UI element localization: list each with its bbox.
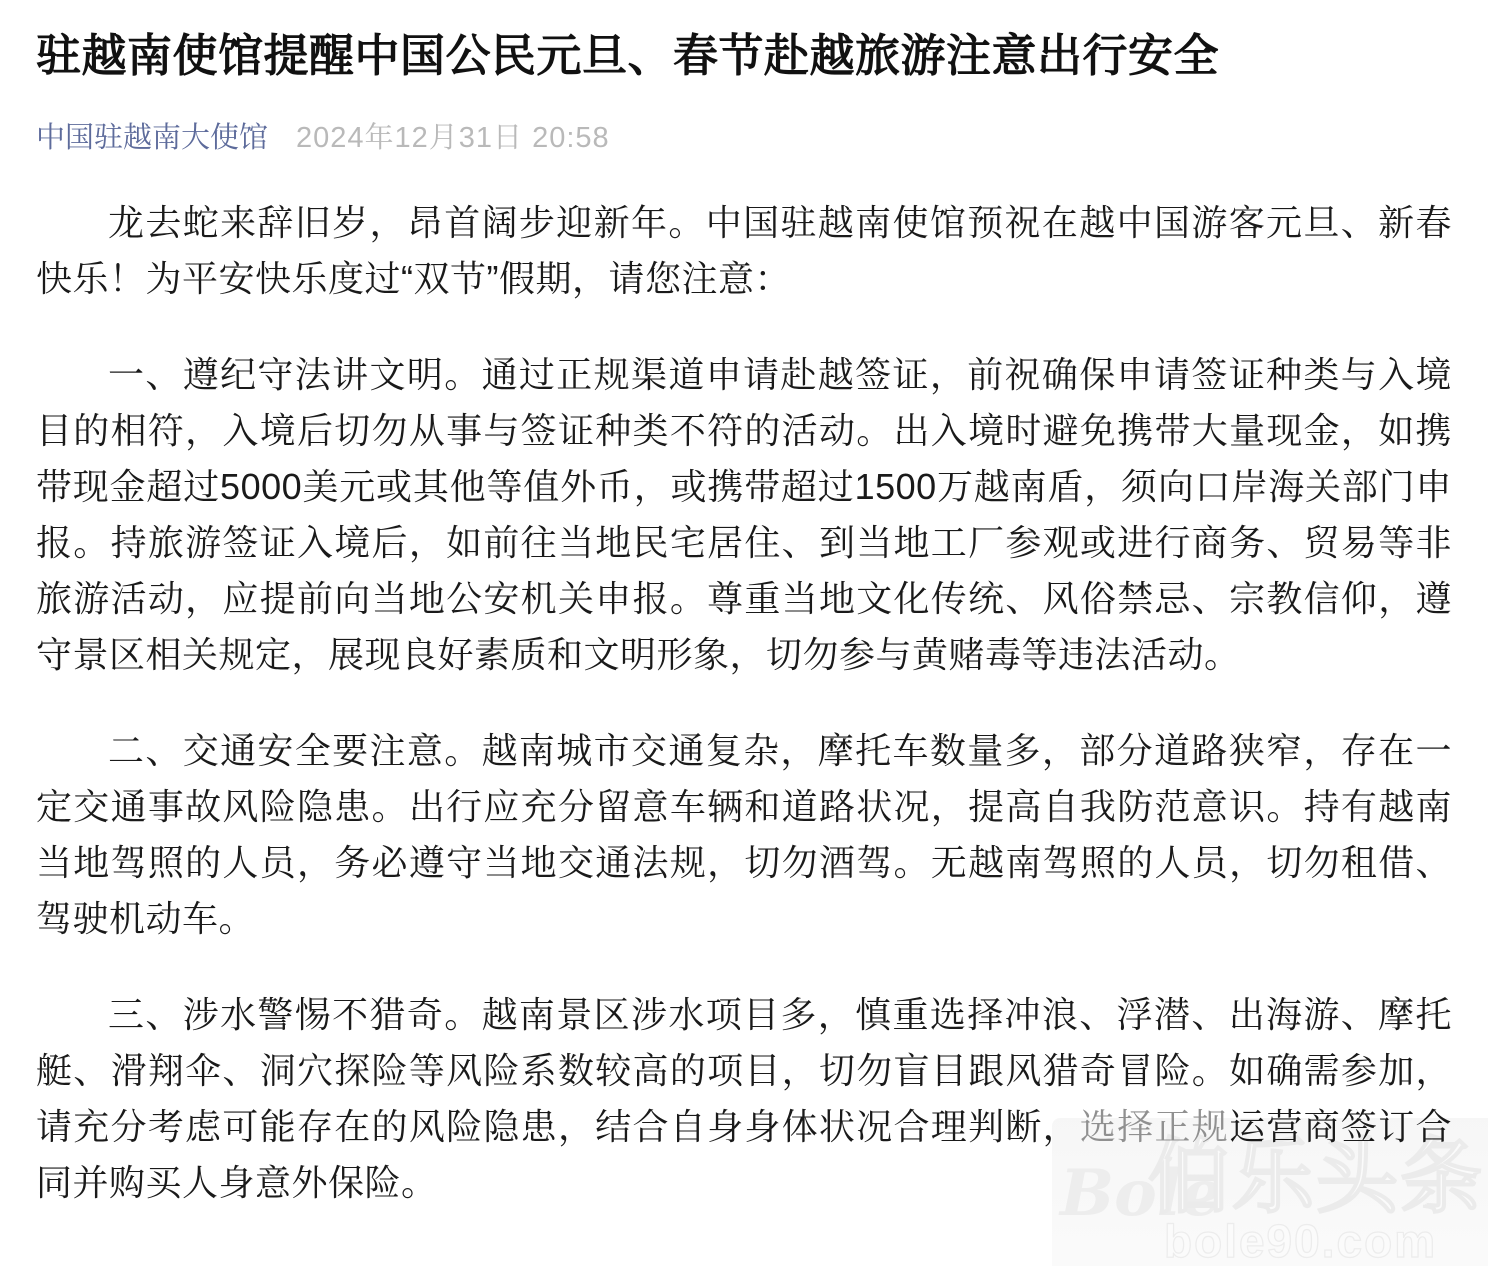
paragraph-section-1: 一、遵纪守法讲文明。通过正规渠道申请赴越签证，前祝确保申请签证种类与入境目的相符… [36,347,1452,683]
watermark-url-text: bole90.com [1164,1214,1437,1266]
watermark-faded-text: 选择正规 [1080,1106,1229,1147]
page-title: 驻越南使馆提醒中国公民元旦、春节赴越旅游注意出行安全 [36,26,1452,85]
publish-date: 2024年12月31日 20:58 [296,121,610,155]
source-link[interactable]: 中国驻越南大使馆 [36,121,268,155]
byline: 中国驻越南大使馆 2024年12月31日 20:58 [36,121,1452,155]
paragraph-section-3: 三、涉水警惕不猎奇。越南景区涉水项目多，慎重选择冲浪、浮潜、出海游、摩托艇、滑翔… [36,987,1452,1211]
paragraph-intro: 龙去蛇来辞旧岁，昂首阔步迎新年。中国驻越南使馆预祝在越中国游客元旦、新春快乐！为… [36,195,1452,307]
paragraph-section-2: 二、交通安全要注意。越南城市交通复杂，摩托车数量多，部分道路狭窄，存在一定交通事… [36,723,1452,947]
article-body: 龙去蛇来辞旧岁，昂首阔步迎新年。中国驻越南使馆预祝在越中国游客元旦、新春快乐！为… [36,195,1452,1211]
article: 驻越南使馆提醒中国公民元旦、春节赴越旅游注意出行安全 中国驻越南大使馆 2024… [0,0,1488,1211]
